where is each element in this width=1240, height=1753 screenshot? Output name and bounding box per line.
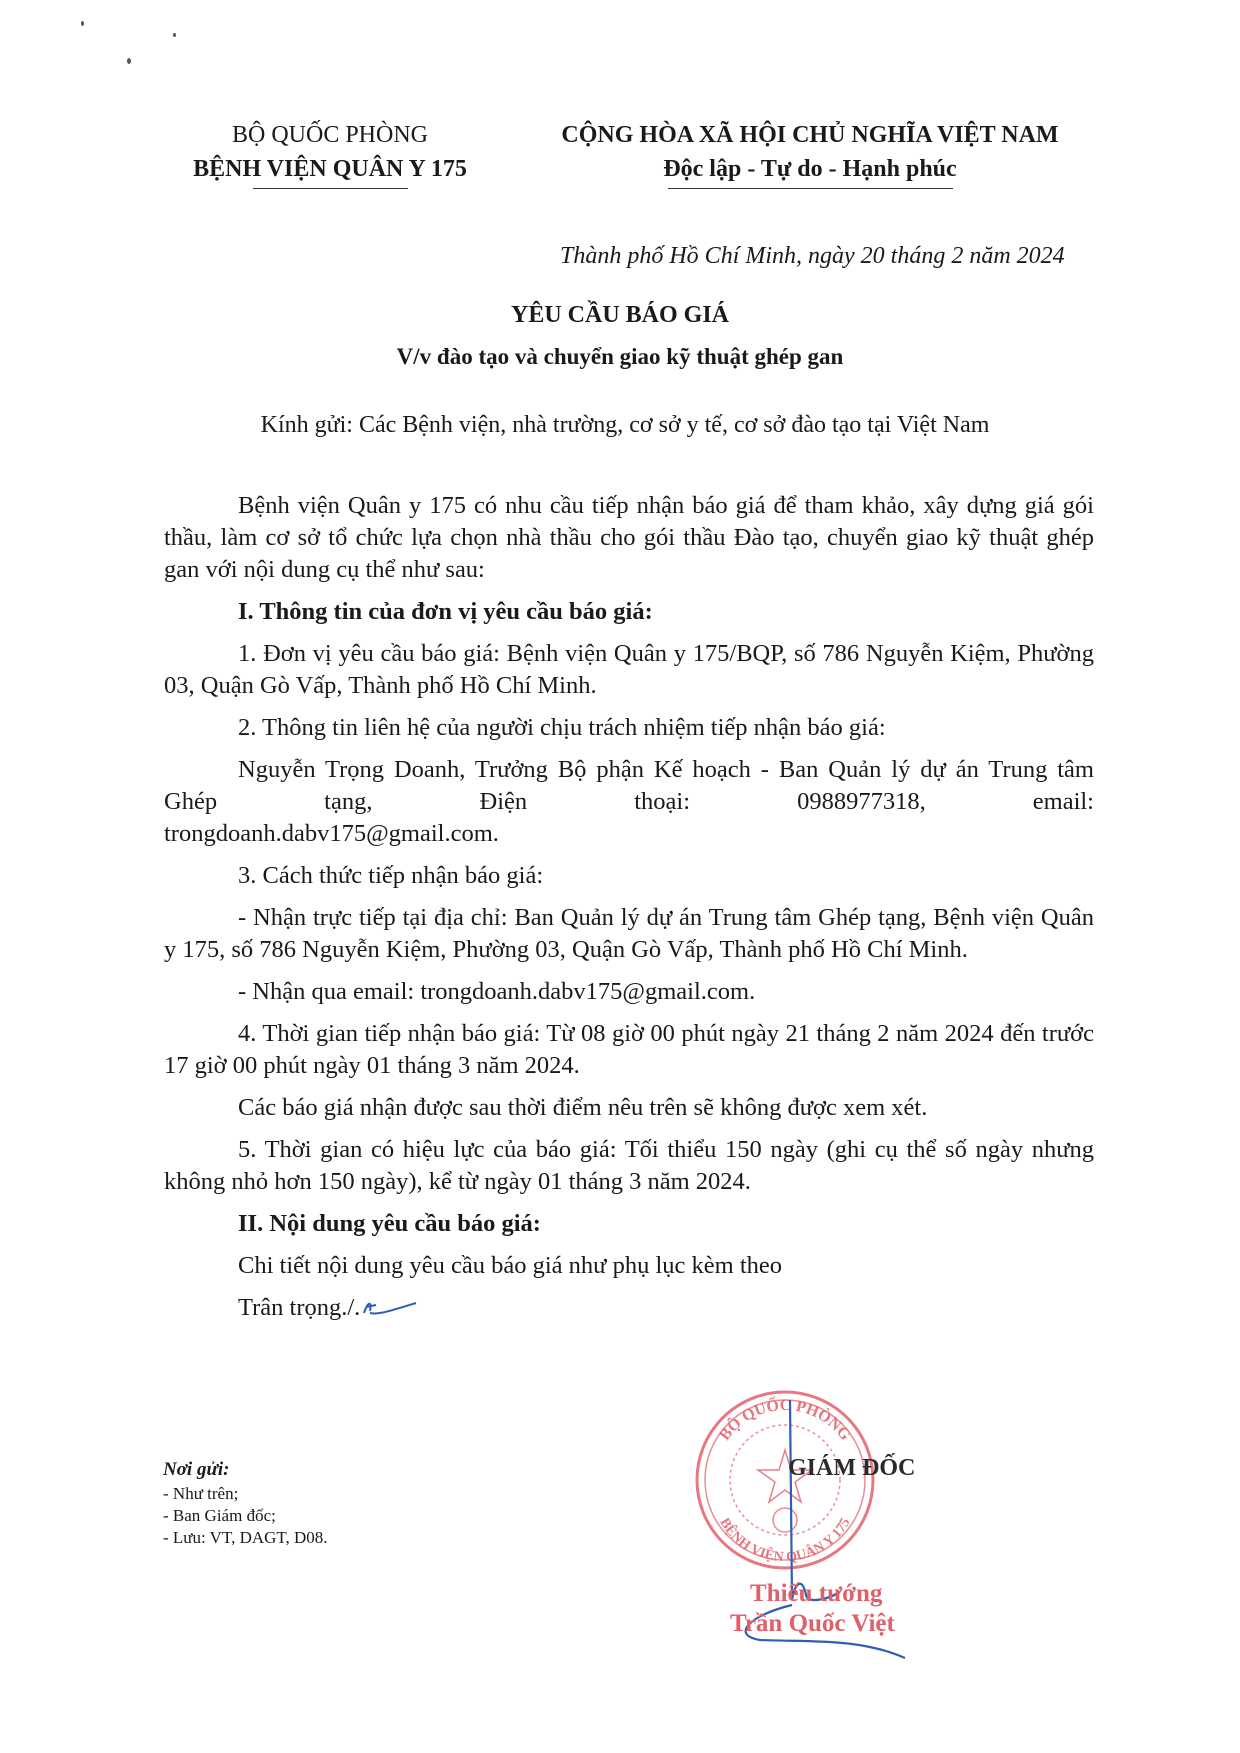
item-1-requesting-unit: 1. Đơn vị yêu cầu báo giá: Bệnh viện Quâ… xyxy=(164,638,1094,702)
distribution-title: Nơi gửi: xyxy=(163,1457,328,1483)
initial-signature-icon xyxy=(360,1297,420,1321)
section-2-heading: II. Nội dung yêu cầu báo giá: xyxy=(164,1208,1094,1240)
date-line: Thành phố Hồ Chí Minh, ngày 20 tháng 2 n… xyxy=(560,243,1065,270)
signatory-name: Trần Quốc Việt xyxy=(730,1610,895,1638)
document-title: YÊU CẦU BÁO GIÁ xyxy=(0,302,1240,329)
distribution-item: - Ban Giám đốc; xyxy=(163,1505,328,1527)
document-page: BỘ QUỐC PHÒNG BỆNH VIỆN QUÂN Y 175 CỘNG … xyxy=(0,0,1240,1753)
signature-block: BỘ QUỐC PHÒNG BỆNH VIỆN QUÂN Y 175 GIÁM … xyxy=(690,1370,950,1690)
country-name: CỘNG HÒA XÃ HỘI CHỦ NGHĨA VIỆT NAM xyxy=(530,118,1090,152)
item-3-email-delivery: - Nhận qua email: trongdoanh.dabv175@gma… xyxy=(164,976,1094,1008)
organization-underline xyxy=(253,188,408,189)
svg-text:BỘ QUỐC PHÒNG: BỘ QUỐC PHÒNG xyxy=(716,1394,854,1444)
section-1-heading: I. Thông tin của đơn vị yêu cầu báo giá: xyxy=(164,596,1094,628)
item-3-receiving-method: 3. Cách thức tiếp nhận báo giá: xyxy=(164,860,1094,892)
scan-speck xyxy=(173,33,176,37)
signatory-rank: Thiếu tướng xyxy=(750,1580,882,1608)
issuing-authority: BỘ QUỐC PHÒNG BỆNH VIỆN QUÂN Y 175 xyxy=(160,118,500,189)
distribution-list: Nơi gửi: - Như trên; - Ban Giám đốc; - L… xyxy=(163,1457,328,1549)
item-4-receiving-period: 4. Thời gian tiếp nhận báo giá: Từ 08 gi… xyxy=(164,1018,1094,1082)
national-title: CỘNG HÒA XÃ HỘI CHỦ NGHĨA VIỆT NAM Độc l… xyxy=(530,118,1090,189)
distribution-item: - Lưu: VT, DAGT, D08. xyxy=(163,1527,328,1549)
closing-line: Trân trọng./. xyxy=(164,1292,1094,1324)
svg-text:BỆNH VIỆN QUÂN Y 175: BỆNH VIỆN QUÂN Y 175 xyxy=(716,1516,853,1565)
official-seal-icon: BỘ QUỐC PHÒNG BỆNH VIỆN QUÂN Y 175 xyxy=(690,1370,950,1690)
item-5-validity: 5. Thời gian có hiệu lực của báo giá: Tố… xyxy=(164,1134,1094,1198)
organization-name: BỆNH VIỆN QUÂN Y 175 xyxy=(160,152,500,186)
closing-text: Trân trọng./. xyxy=(238,1294,360,1321)
seal-bottom-text: BỆNH VIỆN QUÂN Y 175 xyxy=(716,1516,853,1565)
national-motto: Độc lập - Tự do - Hạnh phúc xyxy=(530,152,1090,186)
contact-person: Nguyễn Trọng Doanh, Trưởng Bộ phận Kế ho… xyxy=(164,754,1094,818)
scan-speck xyxy=(127,58,131,64)
scan-speck xyxy=(81,21,84,26)
seal-top-text: BỘ QUỐC PHÒNG xyxy=(716,1394,854,1444)
section-2-text: Chi tiết nội dung yêu cầu báo giá như ph… xyxy=(164,1250,1094,1282)
item-4-note: Các báo giá nhận được sau thời điểm nêu … xyxy=(164,1092,1094,1124)
motto-underline xyxy=(668,188,953,189)
contact-email[interactable]: trongdoanh.dabv175@gmail.com. xyxy=(164,818,1094,850)
intro-paragraph: Bệnh viện Quân y 175 có nhu cầu tiếp nhậ… xyxy=(164,490,1094,586)
ministry-name: BỘ QUỐC PHÒNG xyxy=(160,118,500,152)
item-2-contact-heading: 2. Thông tin liên hệ của người chịu trác… xyxy=(164,712,1094,744)
distribution-item: - Như trên; xyxy=(163,1483,328,1505)
item-3-direct-delivery: - Nhận trực tiếp tại địa chỉ: Ban Quản l… xyxy=(164,902,1094,966)
document-body: Bệnh viện Quân y 175 có nhu cầu tiếp nhậ… xyxy=(164,490,1094,1334)
recipient-line: Kính gửi: Các Bệnh viện, nhà trường, cơ … xyxy=(150,412,1100,439)
document-subject: V/v đào tạo và chuyển giao kỹ thuật ghép… xyxy=(0,344,1240,370)
signatory-title: GIÁM ĐỐC xyxy=(788,1455,915,1482)
